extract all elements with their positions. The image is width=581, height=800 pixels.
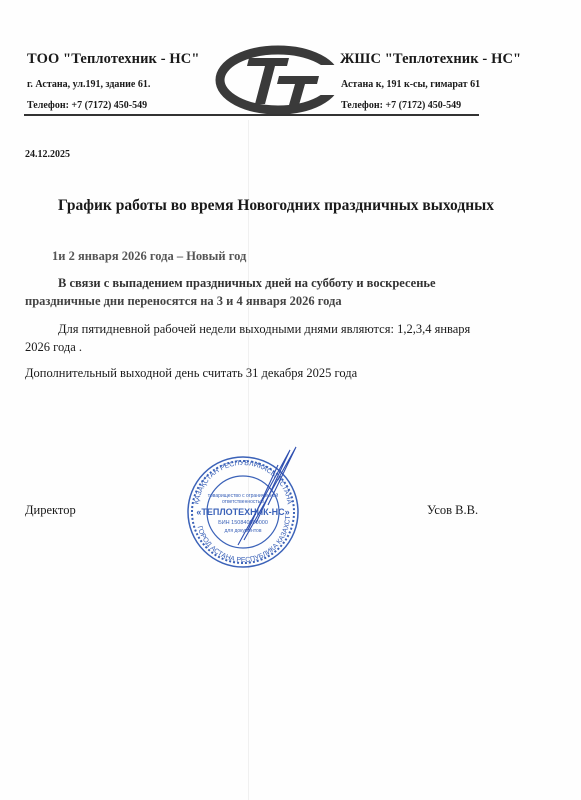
document-date: 24.12.2025 [25, 149, 70, 160]
svg-text:БИН 150840000000: БИН 150840000000 [218, 520, 268, 526]
company-address-ru: г. Астана, ул.191, здание 61. [27, 79, 150, 90]
paragraph-days-off-line2: 2026 года . [25, 340, 82, 355]
signatory-role: Директор [25, 503, 76, 518]
document-page: ТОО "Теплотехник - НС" г. Астана, ул.191… [0, 0, 581, 800]
document-title: График работы во время Новогодних праздн… [58, 197, 494, 215]
paragraph-extra-day-off: Дополнительный выходной день считать 31 … [25, 366, 357, 381]
svg-text:ответственностью: ответственностью [222, 499, 264, 505]
company-name-ru: ТОО "Теплотехник - НС" [27, 51, 199, 68]
signatory-name: Усов В.В. [427, 503, 478, 518]
company-logo-icon [213, 40, 343, 120]
official-stamp-icon: ҚАЗАҚСТАН РЕСПУБЛИКАСЫ АСТАНА ГОРОД АСТА… [178, 445, 308, 575]
company-name-kz: ЖШС "Теплотехник - НС" [340, 51, 521, 68]
company-address-kz: Астана к, 191 к-сы, гимарат 61 [341, 79, 480, 90]
paragraph-transfer-line1: В связи с выпадением праздничных дней на… [58, 276, 436, 291]
letterhead-divider [24, 114, 479, 116]
paragraph-days-off-line1: Для пятидневной рабочей недели выходными… [58, 322, 470, 337]
svg-text:для документов: для документов [225, 528, 262, 534]
paragraph-new-year: 1и 2 января 2026 года – Новый год [52, 249, 246, 264]
paragraph-transfer-line2: праздничные дни переносятся на 3 и 4 янв… [25, 294, 342, 309]
company-phone-ru: Телефон: +7 (7172) 450-549 [27, 100, 147, 111]
company-phone-kz: Телефон: +7 (7172) 450-549 [341, 100, 461, 111]
svg-text:«ТЕПЛОТЕХНИК-НС»: «ТЕПЛОТЕХНИК-НС» [196, 507, 289, 517]
